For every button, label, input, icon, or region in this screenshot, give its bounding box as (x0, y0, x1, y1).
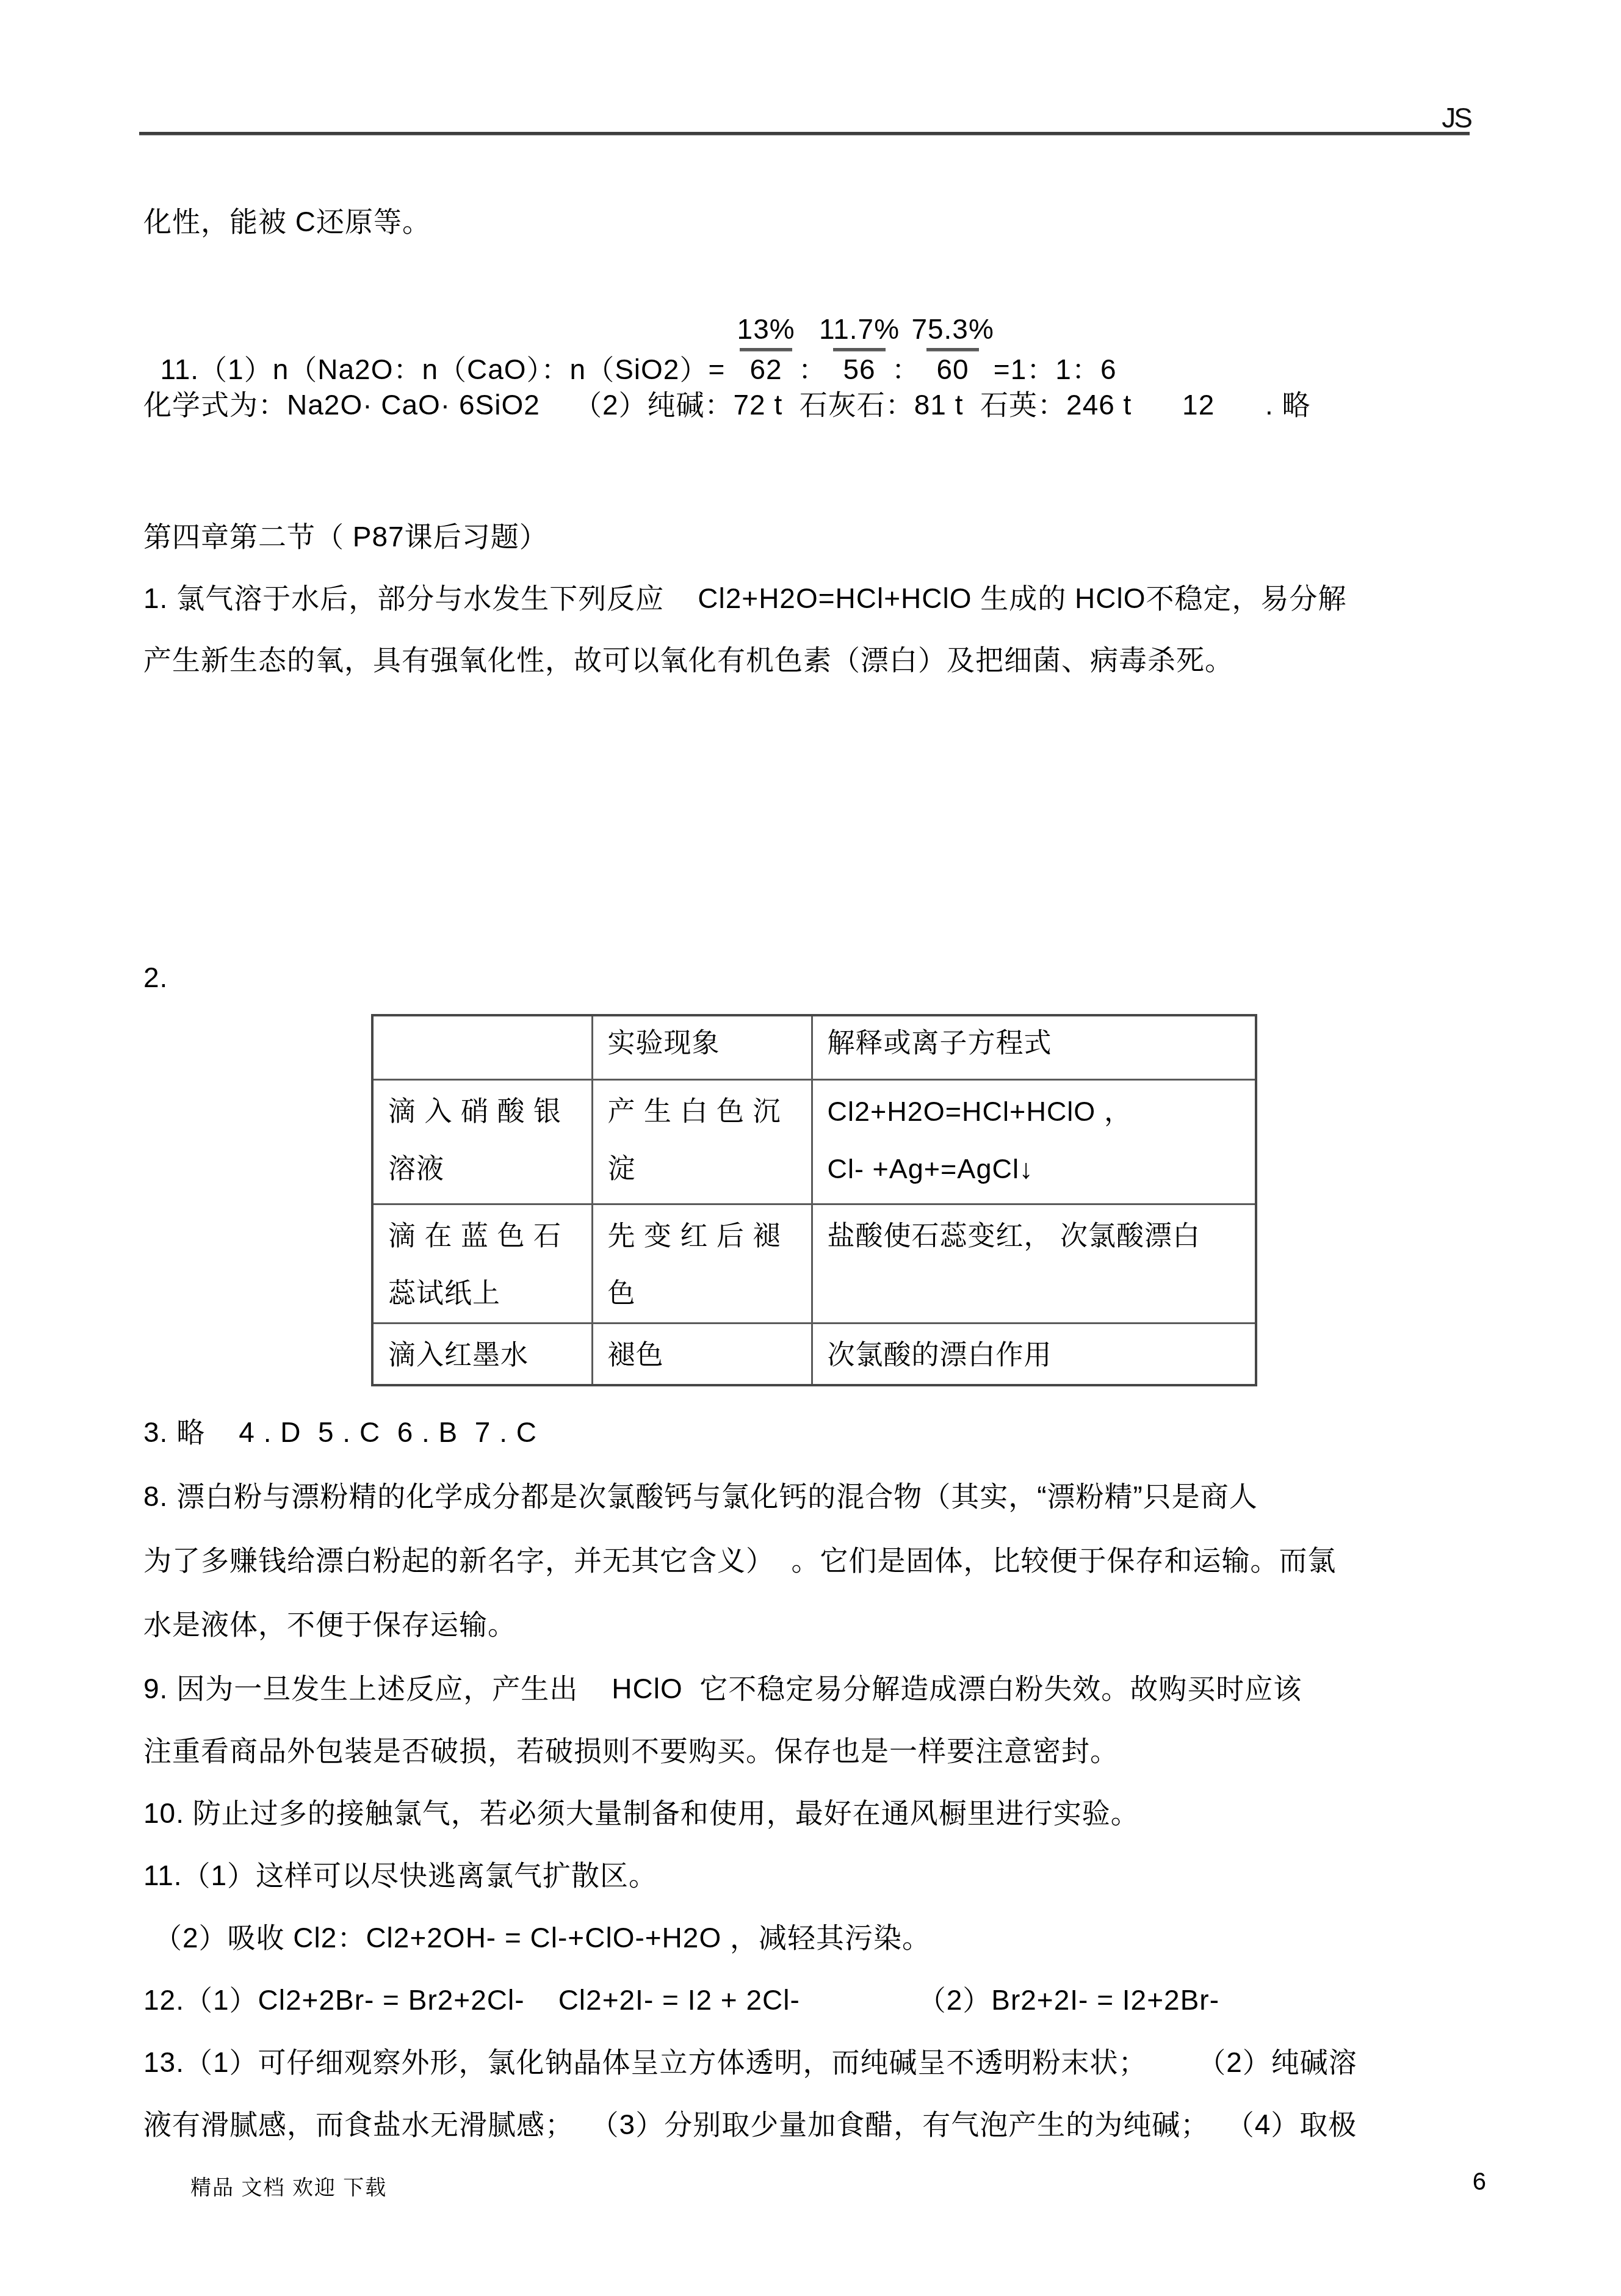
cell-action: 滴 入 硝 酸 银 溶液 (372, 1079, 592, 1204)
item13-answer-line2: 液有滑腻感，而食盐水无滑腻感； （3）分别取少量加食醋，有气泡产生的为纯碱； （… (143, 2107, 1357, 2142)
item11-formula-answer-line: 化学式为：Na2O· CaO· 6SiO2 （2）纯碱：72 t 石灰石：81 … (143, 388, 1310, 422)
item11-answer-line2: （2）吸收 Cl2：Cl2+2OH- = Cl-+ClO-+H2O ，减轻其污染… (154, 1921, 931, 1955)
item10-answer-line: 10. 防止过多的接触氯气，若必须大量制备和使用，最好在通风橱里进行实验。 (143, 1796, 1139, 1831)
item13-answer-line1: 13.（1）可仔细观察外形，氯化钠晶体呈立方体透明，而纯碱呈不透明粉末状； （2… (143, 2045, 1357, 2080)
fraction-bar (926, 348, 979, 352)
header-cell-phenomenon: 实验现象 (592, 1015, 812, 1079)
cell-action: 滴入红墨水 (372, 1323, 592, 1385)
intro-line: 化性，能被 C还原等。 (143, 205, 431, 239)
table-row: 滴 在 蓝 色 石 蕊试纸上 先 变 红 后 褪 色 盐酸使石蕊变红， 次氯酸漂… (372, 1204, 1256, 1323)
table-row: 滴 入 硝 酸 银 溶液 产 生 白 色 沉 淀 Cl2+H2O=HCl+HCl… (372, 1079, 1256, 1204)
fraction-numerator: 13% (737, 312, 795, 347)
fraction-bar (740, 348, 792, 352)
ratio-colon: ： (798, 353, 827, 385)
item8-answer-line1: 8. 漂白粉与漂粉精的化学成分都是次氯酸钙与氯化钙的混合物（其实，“漂粉精”只是… (143, 1479, 1258, 1514)
item9-answer-line1: 9. 因为一旦发生上述反应，产生出 HClO 它不稳定易分解造成漂白粉失效。故购… (143, 1671, 1302, 1706)
fraction-bar (833, 348, 886, 352)
equation-result: =1：1：6 (985, 353, 1116, 385)
ratio-colon: ： (892, 353, 920, 385)
header-cell-empty (372, 1015, 592, 1079)
section-heading: 第四章第二节（ P87课后习题） (143, 520, 548, 554)
item11-answer-line1: 11.（1）这样可以尽快逃离氯气扩散区。 (143, 1858, 657, 1893)
equation-prefix: 11.（1）n（Na2O：n（CaO）：n（SiO2）= (161, 353, 734, 385)
item9-answer-line2: 注重看商品外包装是否破损，若破损则不要购买。保存也是一样要注意密封。 (143, 1734, 1119, 1769)
fraction-na2o: 13%62 (740, 352, 792, 387)
footer-slogan: 精品 文档 欢迎 下载 (190, 2171, 387, 2201)
item12-answer-line: 12.（1）Cl2+2Br- = Br2+2Cl- Cl2+2I- = I2 +… (143, 1983, 1219, 2018)
item1-answer-line1: 1. 氯气溶于水后，部分与水发生下列反应 Cl2+H2O=HCl+HClO 生成… (143, 581, 1347, 616)
fraction-numerator: 11.7% (819, 312, 900, 347)
cell-phenomenon: 产 生 白 色 沉 淀 (592, 1079, 812, 1204)
cell-phenomenon: 先 变 红 后 褪 色 (592, 1204, 812, 1323)
item1-answer-line2: 产生新生态的氧，具有强氧化性，故可以氧化有机色素（漂白）及把细菌、病毒杀死。 (143, 643, 1233, 678)
fraction-denominator: 60 (926, 352, 979, 387)
item8-answer-line3: 水是液体，不便于保存运输。 (143, 1607, 516, 1642)
table-row: 滴入红墨水 褪色 次氯酸的漂白作用 (372, 1323, 1256, 1385)
item8-answer-line2: 为了多赚钱给漂白粉起的新名字，并无其它含义） 。它们是固体，比较便于保存和运输。… (143, 1543, 1337, 1578)
cell-action: 滴 在 蓝 色 石 蕊试纸上 (372, 1204, 592, 1323)
item2-label: 2. (143, 960, 168, 995)
header-cell-explanation: 解释或离子方程式 (812, 1015, 1256, 1079)
header-rule (139, 132, 1470, 136)
items3-7-answer-line: 3. 略 4 . D 5 . C 6 . B 7 . C (143, 1415, 537, 1450)
fraction-numerator: 75.3% (911, 312, 994, 347)
fraction-denominator: 62 (740, 352, 792, 387)
fraction-denominator: 56 (833, 352, 886, 387)
fraction-cao: 11.7%56 (833, 352, 886, 387)
page-number: 6 (1473, 2168, 1486, 2196)
cell-explanation: 次氯酸的漂白作用 (812, 1323, 1256, 1385)
item11-mole-ratio-equation: 11.（1）n（Na2O：n（CaO）：n（SiO2）= 13%62：11.7%… (143, 317, 1117, 387)
js-logo: JS (1442, 101, 1471, 134)
experiment-results-table: 实验现象 解释或离子方程式 滴 入 硝 酸 银 溶液 产 生 白 色 沉 淀 C… (371, 1014, 1257, 1386)
cell-phenomenon: 褪色 (592, 1323, 812, 1385)
cell-explanation: 盐酸使石蕊变红， 次氯酸漂白 (812, 1204, 1256, 1323)
cell-explanation: Cl2+H2O=HCl+HClO ， Cl- +Ag+=AgCl↓ (812, 1079, 1256, 1204)
table-header-row: 实验现象 解释或离子方程式 (372, 1015, 1256, 1079)
fraction-sio2: 75.3%60 (926, 352, 979, 387)
